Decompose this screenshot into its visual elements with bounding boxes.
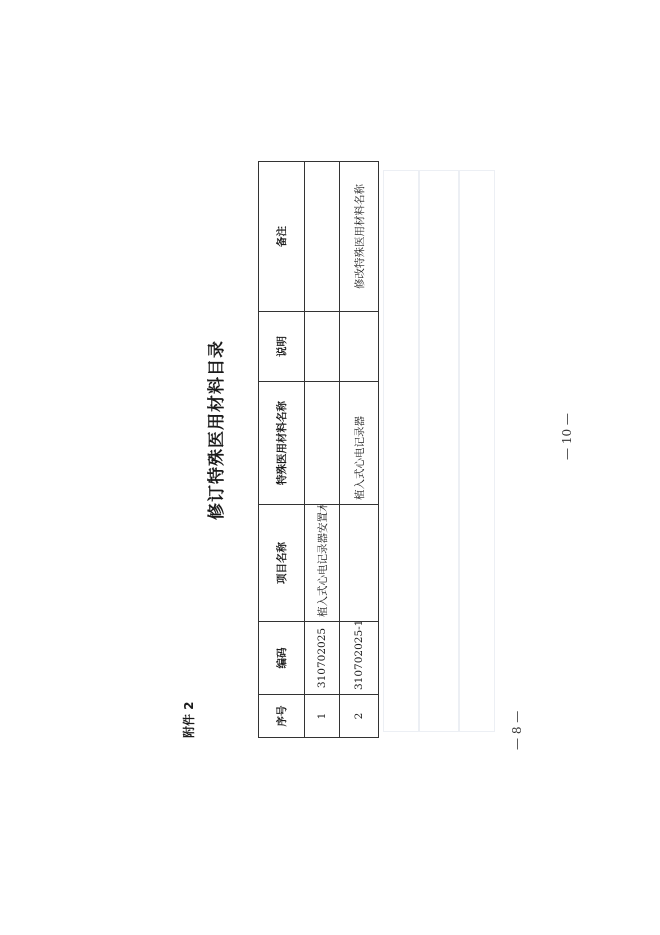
header-item-name: 项目名称 bbox=[259, 505, 305, 622]
cell-description bbox=[305, 312, 340, 382]
header-description: 说明 bbox=[259, 312, 305, 382]
cell-note bbox=[305, 162, 340, 312]
cell-code: 310702025-1 bbox=[340, 622, 379, 695]
materials-table: 序号 编码 项目名称 特殊医用材料名称 说明 备注 1 310702025 植入… bbox=[258, 161, 379, 738]
cell-material-name: 植入式心电记录器 bbox=[340, 382, 379, 505]
cell-description bbox=[340, 312, 379, 382]
table-row: 1 310702025 植入式心电记录器安置术 bbox=[305, 162, 340, 738]
page-number-side: — 10 — bbox=[560, 413, 574, 460]
cell-note: 修改特殊医用材料名称 bbox=[340, 162, 379, 312]
rotated-page: 附件 2 修订特殊医用材料目录 序号 编码 项目名称 特殊医用材料名称 说明 备… bbox=[170, 130, 570, 750]
table-header-row: 序号 编码 项目名称 特殊医用材料名称 说明 备注 bbox=[259, 162, 305, 738]
cell-code: 310702025 bbox=[305, 622, 340, 695]
cell-seq: 2 bbox=[340, 695, 379, 738]
header-seq: 序号 bbox=[259, 695, 305, 738]
cell-material-name bbox=[305, 382, 340, 505]
page-title: 修订特殊医用材料目录 bbox=[202, 300, 227, 560]
header-note: 备注 bbox=[259, 162, 305, 312]
header-code: 编码 bbox=[259, 622, 305, 695]
table-row: 2 310702025-1 植入式心电记录器 修改特殊医用材料名称 bbox=[340, 162, 379, 738]
cell-seq: 1 bbox=[305, 695, 340, 738]
cell-item-name bbox=[340, 505, 379, 622]
page-number-bottom: — 8 — bbox=[510, 711, 524, 750]
header-material-name: 特殊医用材料名称 bbox=[259, 382, 305, 505]
cell-item-name: 植入式心电记录器安置术 bbox=[305, 505, 340, 622]
attachment-label: 附件 2 bbox=[180, 701, 197, 738]
